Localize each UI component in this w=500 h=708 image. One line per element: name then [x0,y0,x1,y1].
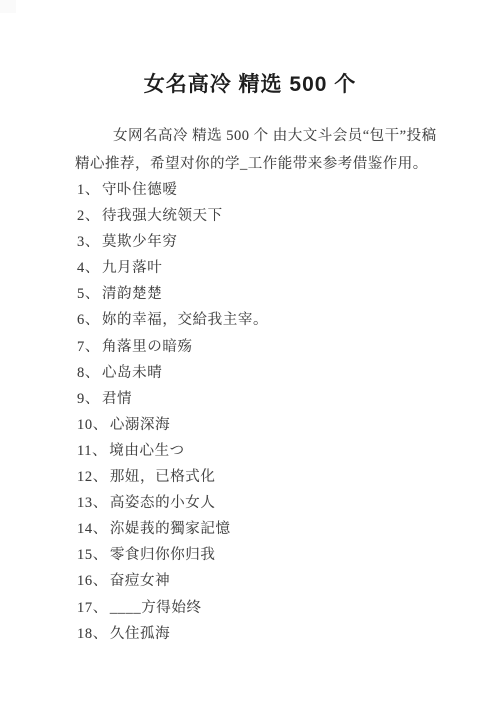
list-item-number: 17、 [77,600,108,616]
list-item-number: 8、 [77,365,100,381]
list-item-text: 奋痘女神 [110,573,170,589]
list-item: 4、九月落叶 [77,255,460,281]
list-item-number: 16、 [77,573,108,589]
intro-line-1: 女网名高冷 精选 500 个 由大文斗会员“包干”投稿 [75,122,430,150]
list-item: 11、境由心生つ [77,438,460,464]
list-item: 5、清韵楚楚 [77,281,460,307]
list-item: 18、久住孤海 [77,621,460,647]
document-page: 女名高冷 精选 500 个 女网名高冷 精选 500 个 由大文斗会员“包干”投… [0,0,500,708]
list-item-number: 4、 [77,260,100,276]
list-item-text: 沵媞莪的獨家記憶 [110,521,231,537]
list-item: 1、守卟住德嗳 [77,177,460,203]
list-item-text: 那妞，已格式化 [110,469,216,485]
list-item-number: 5、 [77,286,100,302]
list-item-text: 久住孤海 [110,626,170,642]
list-item-number: 18、 [77,626,108,642]
scan-corner-artifact [0,0,16,13]
list-item-text: 心岛未晴 [102,365,162,381]
list-item: 6、妳的幸福，交給我主宰。 [77,307,460,333]
list-item-text: 境由心生つ [109,443,185,459]
intro-paragraph: 女网名高冷 精选 500 个 由大文斗会员“包干”投稿 精心推荐，希望对你的学_… [75,122,430,178]
list-item-text: ____方得始终 [110,600,202,616]
list-item-text: 高姿态的小女人 [110,495,216,511]
list-item-number: 2、 [77,208,100,224]
list-item-text: 待我强大统领天下 [102,208,223,224]
list-item-text: 心溺深海 [110,417,170,433]
list-item-number: 3、 [77,234,100,250]
list-item: 9、君情 [77,386,460,412]
list-item-number: 6、 [77,312,100,328]
list-item: 13、高姿态的小女人 [77,490,460,516]
intro-line-2: 精心推荐，希望对你的学_工作能带来参考借鉴作用。 [75,150,430,178]
list-item-number: 9、 [77,391,100,407]
list-item-number: 10、 [77,417,108,433]
list-item-number: 12、 [77,469,108,485]
list-item-number: 15、 [77,547,108,563]
list-item: 14、沵媞莪的獨家記憶 [77,516,460,542]
list-item-text: 君情 [102,391,132,407]
list-item: 8、心岛未晴 [77,360,460,386]
list-item-number: 11、 [77,443,107,459]
list-item-text: 九月落叶 [102,260,162,276]
list-item-text: 清韵楚楚 [102,286,162,302]
list-item: 3、莫欺少年穷 [77,229,460,255]
list-item-number: 13、 [77,495,108,511]
list-item-text: 零食归你你归我 [110,547,216,563]
list-item-number: 14、 [77,521,108,537]
list-item-number: 1、 [77,182,100,198]
list-item: 15、零食归你你归我 [77,542,460,568]
list-item-number: 7、 [77,339,100,355]
list-item: 10、心溺深海 [77,412,460,438]
page-title: 女名高冷 精选 500 个 [0,72,500,98]
list-item: 16、奋痘女神 [77,568,460,594]
name-list: 1、守卟住德嗳2、待我强大统领天下3、莫欺少年穷4、九月落叶5、清韵楚楚6、妳的… [77,177,460,647]
list-item-text: 妳的幸福，交給我主宰。 [102,312,268,328]
list-item: 7、角落里の暗殇 [77,334,460,360]
list-item: 12、那妞，已格式化 [77,464,460,490]
list-item: 17、____方得始终 [77,595,460,621]
list-item-text: 守卟住德嗳 [102,182,178,198]
list-item-text: 莫欺少年穷 [102,234,178,250]
list-item-text: 角落里の暗殇 [102,339,193,355]
list-item: 2、待我强大统领天下 [77,203,460,229]
